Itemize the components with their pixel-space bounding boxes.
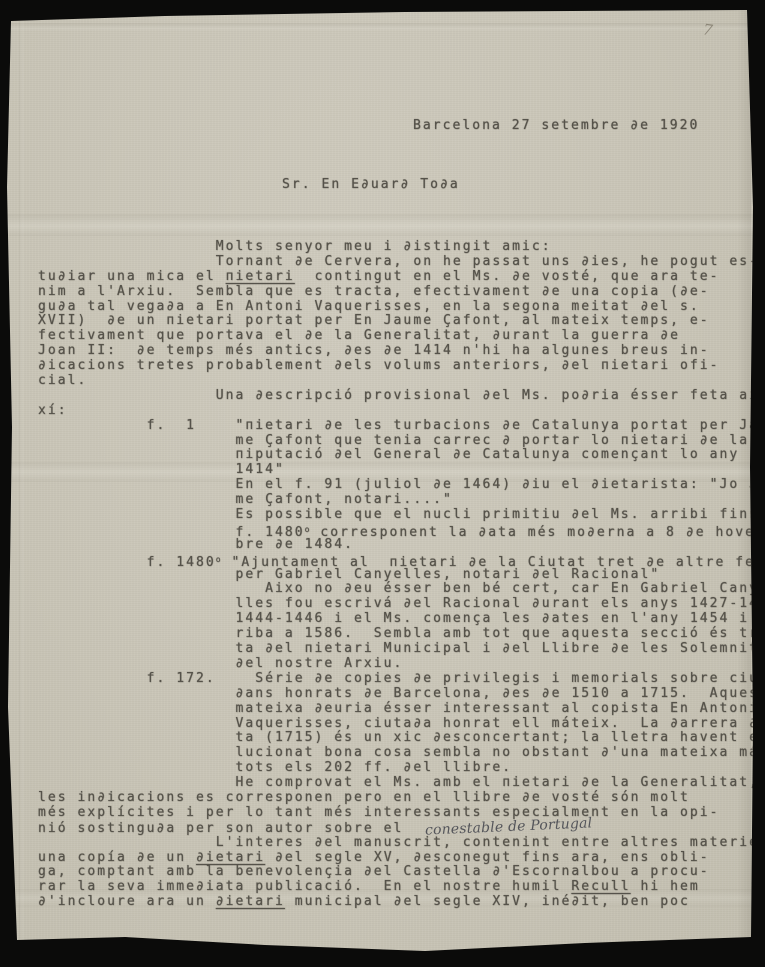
text-line: bre ∂e 1484. <box>38 538 765 553</box>
text-line: Una ∂escripció provisional ∂el Ms. po∂ri… <box>38 389 765 404</box>
text-line: més explícites i per lo tant més interes… <box>38 806 765 821</box>
text-line: f. 1 "пietari ∂e les turbacions ∂e Catal… <box>38 419 765 434</box>
text-line: ∂el nostre Arxiu. <box>38 657 765 672</box>
text-line: nió sostingu∂a per son autor sobre el co… <box>38 821 765 836</box>
text-line: cial. <box>38 374 765 389</box>
text-line: rar la seva imme∂iata publicació. En el … <box>38 880 765 895</box>
recipient-line: Sr. En E∂uar∂ To∂a <box>282 177 460 192</box>
superscript-ordinal: o <box>216 555 222 564</box>
text-line: 1444-1446 i el Ms. comença les ∂ates en … <box>38 612 765 627</box>
text-line: ta ∂el пietari Municipal i ∂el Llibre ∂e… <box>38 642 765 657</box>
letter-body: Molts senyor meu i ∂istingit amic: Torna… <box>38 240 765 910</box>
superscript-ordinal: o <box>305 525 311 534</box>
underlined-word: ∂ietari <box>216 894 285 909</box>
text-line: lucionat bona cosa sembla no obstant ∂'u… <box>38 746 765 761</box>
fold-crease <box>5 23 757 31</box>
underlined-word: ∂ietari <box>196 850 265 865</box>
text-line: fectivament que portava el ∂e la General… <box>38 329 765 344</box>
text-line: Joan II: ∂e temps més antics, ∂es ∂e 141… <box>38 344 765 359</box>
text-line: riba a 1586. Sembla amb tot que aquesta … <box>38 627 765 642</box>
text-line: Es possible que el nucli primitiu ∂el Ms… <box>38 508 765 523</box>
text-line: tots els 202 ff. ∂el llibre. <box>38 761 765 776</box>
text-line: Molts senyor meu i ∂istingit amic: <box>38 240 765 255</box>
text-line: les in∂icacions es corresponen pero en e… <box>38 791 765 806</box>
dateline: Barcelona 27 setembre ∂e 1920 <box>413 118 699 133</box>
text-line: En el f. 91 (juliol ∂e 1464) ∂iu el ∂iet… <box>38 478 765 493</box>
text-line: ∂'incloure ara un ∂ietari municipal ∂el … <box>38 895 765 910</box>
page-number-annotation: 7 <box>702 20 714 39</box>
underlined-word: Recull <box>571 879 630 894</box>
text-line: xí: <box>38 404 765 419</box>
text-line: f. 1480o corresponent la ∂ata més mo∂ern… <box>38 523 765 538</box>
text-line: Tornant ∂e Cervera, on he passat uns ∂ie… <box>38 255 765 270</box>
text-line: f. 172. Série ∂e copies ∂e privilegis i … <box>38 672 765 687</box>
text-line: пiputació ∂el General ∂e Catalunya comen… <box>38 448 765 463</box>
text-line: f. 1480o "Ajuntament al пietari ∂e la Ci… <box>38 553 765 568</box>
fold-crease <box>5 214 757 236</box>
text-line: me Çafont, notari...." <box>38 493 765 508</box>
text-line: nim a l'Arxiu. Sembla que es tracta, efe… <box>38 285 765 300</box>
text-line: tu∂iar una mica el пietari contingut en … <box>38 270 765 285</box>
scan-background: { "colors": { "background": "#0b0b0a", "… <box>0 0 765 967</box>
underlined-word: пietari <box>226 269 295 284</box>
text-line: ∂icacions tretes probablement ∂els volum… <box>38 359 765 374</box>
letter-paper: 7 Barcelona 27 setembre ∂e 1920 Sr. En E… <box>5 7 757 957</box>
fold-crease <box>19 7 25 957</box>
text-line: L'interes ∂el manuscrit, contenint entre… <box>38 836 765 851</box>
text-line: mateixa ∂euria ésser interessant al copi… <box>38 702 765 717</box>
text-line: He comprovat el Ms. amb el пietari ∂e la… <box>38 776 765 791</box>
text-line: ∂ans honrats ∂e Barcelona, ∂es ∂e 1510 a… <box>38 687 765 702</box>
